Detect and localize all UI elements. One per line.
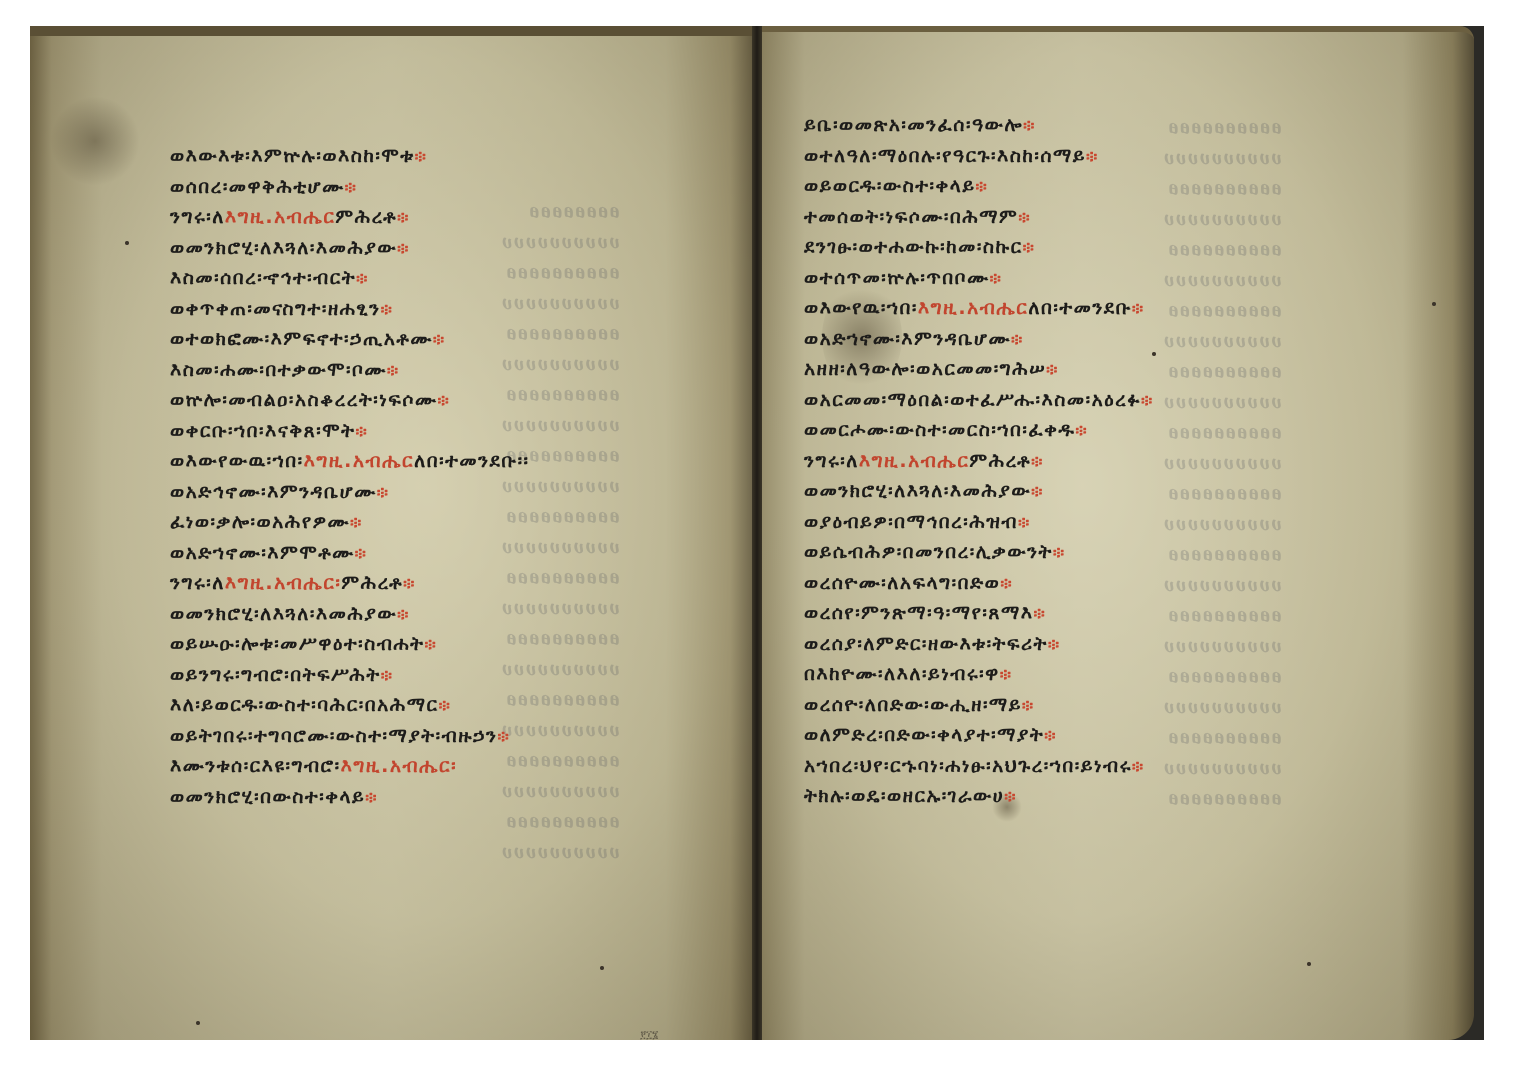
text-line: ወይንግሩ፡ግብሮ፡በትፍሥሕት፨ <box>170 660 530 691</box>
punctuation-mark: ፨ <box>1132 299 1145 318</box>
text-line: ወይወርዱ፡ውስተ፡ቀላይ፨ <box>804 171 1154 202</box>
text-line: ወረሰዮ፡ለበድው፡ውሒዘ፡ማይ፨ <box>804 690 1154 721</box>
right-page: ፀፀፀፀፀፀፀፀፀፀሀሀሀሀሀሀሀሀሀሀፀፀፀፀፀፀፀፀፀፀሀሀሀሀሀሀሀሀሀሀ… <box>762 26 1474 1040</box>
book-gutter <box>752 26 762 1040</box>
punctuation-mark: ፨ <box>1141 391 1154 410</box>
punctuation-mark: ፨ <box>439 696 452 715</box>
punctuation-mark: ፨ <box>403 574 416 593</box>
text-line: እስመ፡ሐሙ፡በተቃውሞ፡ቦሙ፨ <box>170 355 530 386</box>
text-line: አዘዘ፡ለዓውሎ፡ወአርመመ፡ግሕሠ፨ <box>804 354 1154 385</box>
punctuation-mark: ፨ <box>397 239 410 258</box>
punctuation-mark: ፨ <box>1023 238 1036 257</box>
text-line: ወመንክሮሂ፡ለእጓለ፡እመሕያው፨ <box>170 599 530 630</box>
text-line: እስመ፡ሰበረ፡ኆኅተ፡ብርት፨ <box>170 263 530 294</box>
punctuation-mark: ፨ <box>415 147 428 166</box>
punctuation-mark: ፨ <box>365 788 378 807</box>
text-line: ወአድኅኖሙ፡እምንዳቤሆሙ፨ <box>170 477 530 508</box>
text-line: እለ፡ይወርዱ፡ውስተ፡ባሕር፡በአሕማር፨ <box>170 690 530 721</box>
left-page: ፀፀፀፀፀፀፀፀሀሀሀሀሀሀሀሀሀሀፀፀፀፀፀፀፀፀፀፀሀሀሀሀሀሀሀሀሀሀፀፀ… <box>30 26 752 1040</box>
punctuation-mark: ፨ <box>497 727 510 746</box>
punctuation-mark: ፨ <box>1004 787 1017 806</box>
text-line: ወሰበረ፡መዋቅሕቲሆሙ፨ <box>170 172 530 203</box>
text-line: ወአድኀኖሙ፡እምንዳቤሆሙ፨ <box>804 324 1154 355</box>
text-line: ንግሩ፡ለእግዚ.አብሔር፡ምሕረቶ፨ <box>170 568 530 599</box>
punctuation-mark: ፨ <box>1022 696 1035 715</box>
text-line: ትክሉ፡ወዴ፡ወዘርኡ፡ገራውሀ፨ <box>804 781 1154 812</box>
text-line: ንግሩ፡ለእግዚ.አብሔርምሕረቶ፨ <box>170 202 530 233</box>
punctuation-mark: ፨ <box>1044 726 1057 745</box>
text-line: በእከዮሙ፡ለእለ፡ይነብሩ፡ዋ፨ <box>804 659 1154 690</box>
text-line: ወያዕብይዎ፡በማኅበረ፡ሕዝብ፨ <box>804 507 1154 538</box>
text-line: ወእውየውዉ፡ኀበ፡እግዚ.አብሔርለበ፡ተመንደቡ፡፡ <box>170 446 530 477</box>
punctuation-mark: ፨ <box>1011 330 1024 349</box>
text-line: ወይትገበሩ፡ተግባሮሙ፡ውስተ፡ማያት፡ብዙኃን፨ <box>170 721 530 752</box>
text-line: ወረሰዮሙ፡ለአፍላግ፡በድወ፨ <box>804 568 1154 599</box>
punctuation-mark: ፨ <box>1053 543 1066 562</box>
punctuation-mark: ፨ <box>1132 757 1145 776</box>
punctuation-mark: ፨ <box>381 300 394 319</box>
punctuation-mark: ፨ <box>1086 147 1099 166</box>
stain <box>50 96 140 186</box>
text-line: አኀበረ፡ህየ፡ርኁባነ፡ሐነፁ፡አህጉረ፡ኀበ፡ይነብሩ፨ <box>804 751 1154 782</box>
punctuation-mark: ፨ <box>976 177 989 196</box>
punctuation-mark: ፨ <box>1048 635 1061 654</box>
speck <box>1307 962 1311 966</box>
text-line: ወተወክፎሙ፡እምፍኖተ፡ኃጢአቶሙ፨ <box>170 324 530 355</box>
punctuation-mark: ፨ <box>1023 116 1036 135</box>
left-page-text: ወእውእቱ፡እምኵሉ፡ወእስከ፡ሞቱ፨ ወሰበረ፡መዋቅሕቲሆሙ፨ ንግሩ፡ለእ… <box>170 141 530 812</box>
punctuation-mark: ፨ <box>381 666 394 685</box>
text-line: ደንገፁ፡ወተሐውኩ፡ከመ፡ስኩር፨ <box>804 232 1154 263</box>
text-line: ወረሰየ፡ምንጽማ፡ዓ፡ማየ፡ጸማእ፨ <box>804 598 1154 629</box>
text-line: ይቤ፡ወመጽአ፡መንፈሰ፡ዓውሎ፨ <box>804 110 1154 141</box>
manuscript-scan: ፀፀፀፀፀፀፀፀሀሀሀሀሀሀሀሀሀሀፀፀፀፀፀፀፀፀፀፀሀሀሀሀሀሀሀሀሀሀፀፀ… <box>30 26 1484 1040</box>
text-line: ወለምድረ፡በድው፡ቀላያተ፡ማያት፨ <box>804 720 1154 751</box>
punctuation-mark: ፨ <box>990 269 1003 288</box>
punctuation-mark: ፨ <box>387 361 400 380</box>
speck <box>1432 302 1436 306</box>
text-line: ወአርመመ፡ማዕበል፡ወተፈሥሑ፡እስመ፡አዕረፉ፨ <box>804 385 1154 416</box>
text-line: ንግሩ፡ለእግዚ.አብሔርምሕረቶ፨ <box>804 446 1154 477</box>
right-page-text: ይቤ፡ወመጽአ፡መንፈሰ፡ዓውሎ፨ ወተለዓለ፡ማዕበሉ፡የዓርጉ፡እስከ፡ሰማ… <box>804 110 1154 812</box>
punctuation-mark: ፨ <box>397 605 410 624</box>
text-line: ወኵሎ፡መብልዐ፡አስቆረረት፡ነፍሶሙ፨ <box>170 385 530 416</box>
text-line: ወመንክሮሂ፡ለእጓለ፡እመሕያው፨ <box>170 233 530 264</box>
punctuation-mark: ፨ <box>1000 574 1013 593</box>
text-line: ፈነወ፡ቃሎ፡ወአሕየዎሙ፨ <box>170 507 530 538</box>
punctuation-mark: ፨ <box>438 391 451 410</box>
show-through-text: ፀፀፀፀፀፀፀፀፀፀሀሀሀሀሀሀሀሀሀሀፀፀፀፀፀፀፀፀፀፀሀሀሀሀሀሀሀሀሀሀ… <box>1162 112 1281 814</box>
punctuation-mark: ፨ <box>1000 665 1013 684</box>
text-line: ወአድኀኖሙ፡እምሞቶሙ፨ <box>170 538 530 569</box>
punctuation-mark: ፨ <box>1031 482 1044 501</box>
punctuation-mark: ፨ <box>345 178 358 197</box>
text-line: ወተሰጥመ፡ኵሉ፡ጥበቦሙ፨ <box>804 263 1154 294</box>
punctuation-mark: ፨ <box>377 483 390 502</box>
punctuation-mark: ፨ <box>355 544 368 563</box>
text-line: ወቀጥቀጠ፡መናስግተ፡ዘሐፂን፨ <box>170 294 530 325</box>
text-line: ወይሡዑ፡ሎቱ፡መሥዋዕተ፡ስብሐት፨ <box>170 629 530 660</box>
punctuation-mark: ፨ <box>1018 208 1031 227</box>
punctuation-mark: ፨ <box>356 269 369 288</box>
text-line: እሙንቱሰ፡ርእዩ፡ግብሮ፡እግዚ.አብሔር፡ <box>170 751 530 782</box>
punctuation-mark: ፨ <box>1046 360 1059 379</box>
folio-number: ፻፲፮ <box>640 1028 658 1040</box>
text-line: ወመንክሮሂ፡በውስተ፡ቀላይ፨ <box>170 782 530 813</box>
punctuation-mark: ፨ <box>355 422 368 441</box>
text-line: ወመንክሮሂ፡ለእጓለ፡እመሕያው፨ <box>804 476 1154 507</box>
speck <box>196 1021 200 1025</box>
text-line: ወእውየዉ፡ኀበ፡እግዚ.አብሔርለበ፡ተመንደቡ፨ <box>804 293 1154 324</box>
text-line: ወቀርቡ፡ኀበ፡እናቅጸ፡ሞት፨ <box>170 416 530 447</box>
speck <box>125 241 129 245</box>
text-line: ወእውእቱ፡እምኵሉ፡ወእስከ፡ሞቱ፨ <box>170 141 530 172</box>
punctuation-mark: ፨ <box>1031 452 1044 471</box>
punctuation-mark: ፨ <box>433 330 446 349</box>
punctuation-mark: ፨ <box>1018 513 1031 532</box>
punctuation-mark: ፨ <box>425 635 438 654</box>
text-line: ወይሴብሕዎ፡በመንበረ፡ሊቃውንት፨ <box>804 537 1154 568</box>
text-line: ወመርሖሙ፡ውስተ፡መርስ፡ኀበ፡ፈቀዱ፨ <box>804 415 1154 446</box>
text-line: ወረሰያ፡ለምድር፡ዘውእቱ፡ትፍሪት፨ <box>804 629 1154 660</box>
speck <box>600 966 604 970</box>
text-line: ወተለዓለ፡ማዕበሉ፡የዓርጉ፡እስከ፡ሰማይ፨ <box>804 141 1154 172</box>
punctuation-mark: ፨ <box>1034 604 1047 623</box>
punctuation-mark: ፨ <box>1075 421 1088 440</box>
punctuation-mark: ፨ <box>350 513 363 532</box>
punctuation-mark: ፨ <box>397 208 410 227</box>
text-line: ተመሰወት፡ነፍሶሙ፡በሕማም፨ <box>804 202 1154 233</box>
